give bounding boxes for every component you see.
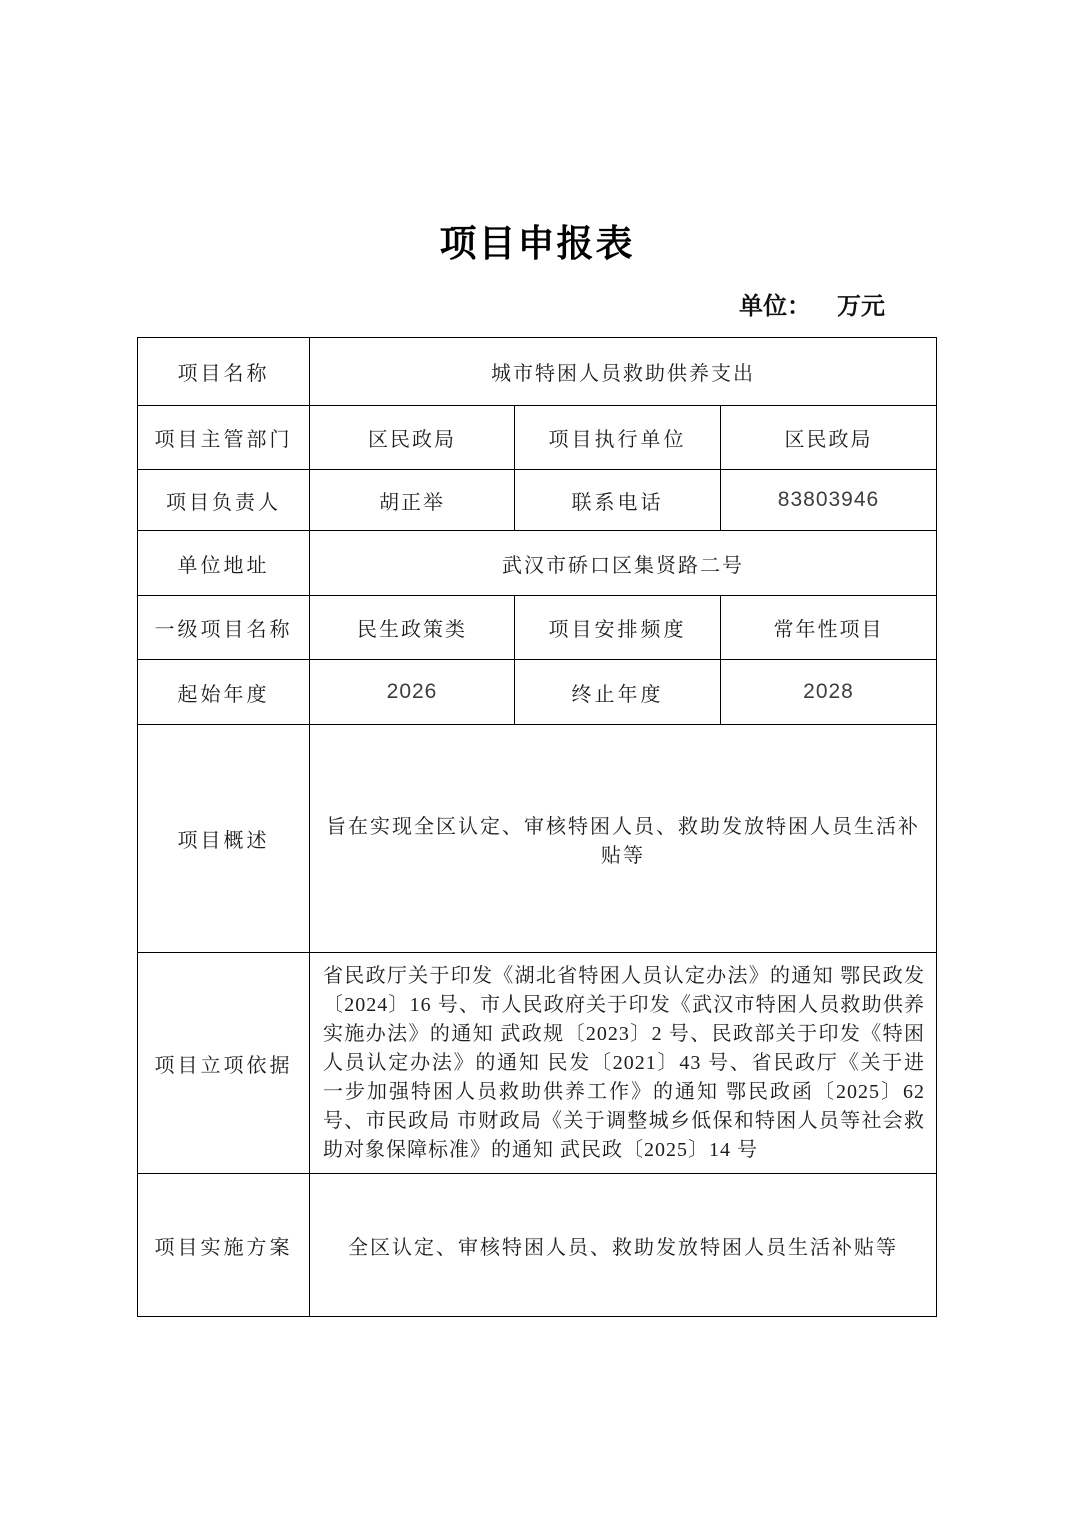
executing-unit-label: 项目执行单位: [515, 406, 721, 470]
page-title: 项目申报表: [0, 222, 1074, 268]
supervisor-dept-value: 区民政局: [310, 406, 515, 470]
implementation-plan-label: 项目实施方案: [138, 1174, 310, 1317]
unit-value: 万元: [837, 294, 885, 320]
project-basis-label: 项目立项依据: [138, 953, 310, 1174]
project-overview-label: 项目概述: [138, 725, 310, 953]
unit-address-value: 武汉市硚口区集贤路二号: [310, 531, 937, 596]
row-departments: 项目主管部门 区民政局 项目执行单位 区民政局: [138, 406, 937, 470]
project-leader-value: 胡正举: [310, 470, 515, 531]
start-year-value: 2026: [310, 660, 515, 725]
document-page: 项目申报表 单位：万元 项目名称 城市特困人员救助供养支出 项目主管部门 区民政…: [0, 0, 1074, 1520]
project-name-label: 项目名称: [138, 338, 310, 406]
end-year-label: 终止年度: [515, 660, 721, 725]
row-unit-address: 单位地址 武汉市硚口区集贤路二号: [138, 531, 937, 596]
row-implementation-plan: 项目实施方案 全区认定、审核特困人员、救助发放特困人员生活补贴等: [138, 1174, 937, 1317]
row-project-overview: 项目概述 旨在实现全区认定、审核特困人员、救助发放特困人员生活补贴等: [138, 725, 937, 953]
contact-phone-label: 联系电话: [515, 470, 721, 531]
arrangement-frequency-value: 常年性项目: [721, 596, 937, 660]
end-year-value: 2028: [721, 660, 937, 725]
row-years: 起始年度 2026 终止年度 2028: [138, 660, 937, 725]
row-project-name: 项目名称 城市特困人员救助供养支出: [138, 338, 937, 406]
primary-project-name-label: 一级项目名称: [138, 596, 310, 660]
project-basis-value: 省民政厅关于印发《湖北省特困人员认定办法》的通知 鄂民政发〔2024〕16 号、…: [310, 953, 937, 1174]
contact-phone-value: 83803946: [721, 470, 937, 531]
application-form-table: 项目名称 城市特困人员救助供养支出 项目主管部门 区民政局 项目执行单位 区民政…: [137, 337, 937, 1317]
unit-label: 单位：: [739, 294, 811, 320]
project-name-value: 城市特困人员救助供养支出: [310, 338, 937, 406]
executing-unit-value: 区民政局: [721, 406, 937, 470]
supervisor-dept-label: 项目主管部门: [138, 406, 310, 470]
start-year-label: 起始年度: [138, 660, 310, 725]
implementation-plan-value: 全区认定、审核特困人员、救助发放特困人员生活补贴等: [310, 1174, 937, 1317]
unit-address-label: 单位地址: [138, 531, 310, 596]
project-leader-label: 项目负责人: [138, 470, 310, 531]
unit-line: 单位：万元: [739, 292, 885, 322]
row-project-basis: 项目立项依据 省民政厅关于印发《湖北省特困人员认定办法》的通知 鄂民政发〔202…: [138, 953, 937, 1174]
row-category-frequency: 一级项目名称 民生政策类 项目安排频度 常年性项目: [138, 596, 937, 660]
primary-project-name-value: 民生政策类: [310, 596, 515, 660]
project-overview-value: 旨在实现全区认定、审核特困人员、救助发放特困人员生活补贴等: [310, 725, 937, 953]
row-leader-phone: 项目负责人 胡正举 联系电话 83803946: [138, 470, 937, 531]
arrangement-frequency-label: 项目安排频度: [515, 596, 721, 660]
